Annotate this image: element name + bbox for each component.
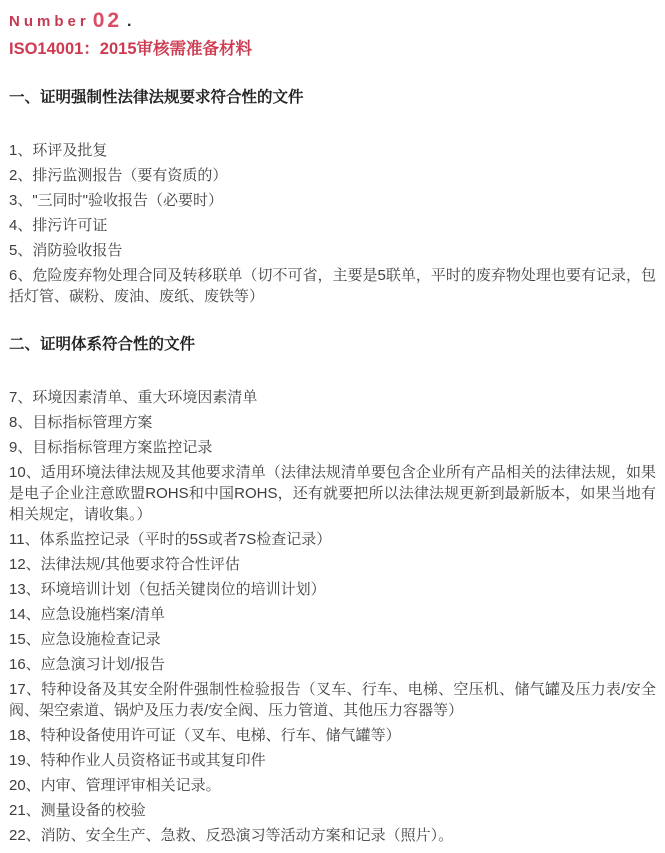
article-page: Number02. ISO14001：2015审核需准备材料 一、证明强制性法律… — [0, 0, 665, 853]
section-heading-2: 二、证明体系符合性的文件 — [9, 335, 656, 355]
list-item-10: 10、适用环境法律法规及其他要求清单（法律法规清单要包含企业所有产品相关的法律法… — [9, 462, 656, 525]
list-item-17: 17、特种设备及其安全附件强制性检验报告（叉车、行车、电梯、空压机、储气罐及压力… — [9, 679, 656, 721]
list-item-22: 22、消防、安全生产、急救、反恐演习等活动方案和记录（照片）。 — [9, 825, 656, 846]
list-item-16: 16、应急演习计划/报告 — [9, 654, 656, 675]
list-item-5: 5、消防验收报告 — [9, 240, 656, 261]
list-item-15: 15、应急设施检查记录 — [9, 629, 656, 650]
list-item-14: 14、应急设施档案/清单 — [9, 604, 656, 625]
list-item-19: 19、特种作业人员资格证书或其复印件 — [9, 750, 656, 771]
doc-number-value: 02 — [93, 9, 122, 32]
list-item-4: 4、排污许可证 — [9, 215, 656, 236]
list-item-11: 11、体系监控记录（平时的5S或者7S检查记录） — [9, 529, 656, 550]
doc-number: Number02. — [9, 10, 656, 32]
list-item-1: 1、环评及批复 — [9, 140, 656, 161]
list-item-18: 18、特种设备使用许可证（叉车、电梯、行车、储气罐等） — [9, 725, 656, 746]
doc-number-label: Number — [9, 13, 90, 30]
list-item-7: 7、环境因素清单、重大环境因素清单 — [9, 387, 656, 408]
list-item-2: 2、排污监测报告（要有资质的） — [9, 165, 656, 186]
page-title: ISO14001：2015审核需准备材料 — [9, 38, 656, 60]
list-item-20: 20、内审、管理评审相关记录。 — [9, 775, 656, 796]
list-item-13: 13、环境培训计划（包括关键岗位的培训计划） — [9, 579, 656, 600]
list-item-6: 6、危险废弃物处理合同及转移联单（切不可省，主要是5联单，平时的废弃物处理也要有… — [9, 265, 656, 307]
list-item-12: 12、法律法规/其他要求符合性评估 — [9, 554, 656, 575]
list-item-8: 8、目标指标管理方案 — [9, 412, 656, 433]
list-item-9: 9、目标指标管理方案监控记录 — [9, 437, 656, 458]
list-item-21: 21、测量设备的校验 — [9, 800, 656, 821]
doc-number-period: . — [127, 13, 131, 30]
section-heading-1: 一、证明强制性法律法规要求符合性的文件 — [9, 88, 656, 108]
list-item-3: 3、"三同时"验收报告（必要时） — [9, 190, 656, 211]
